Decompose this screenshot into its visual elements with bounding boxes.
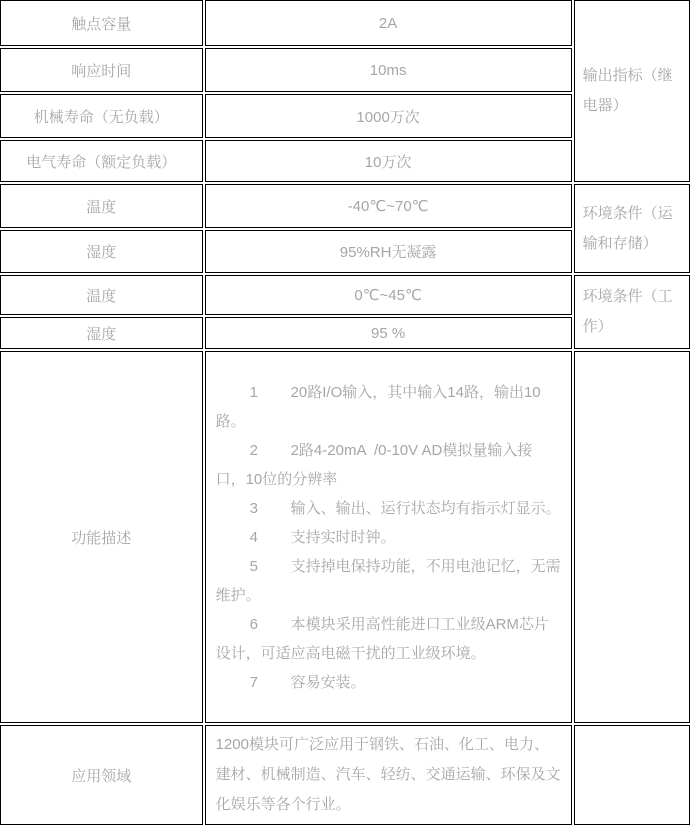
item-text: 支持实时时钟。 <box>291 529 396 546</box>
param-label: 温度 <box>0 184 203 228</box>
item-number: 1 <box>250 378 291 407</box>
param-label: 湿度 <box>0 317 203 349</box>
table-row: 功能描述 120路I/O输入，其中输入14路，输出10路。 22路4-20mA … <box>0 351 690 723</box>
param-value: 95 % <box>205 317 572 349</box>
spec-table: 触点容量 2A 输出指标（继电器） 响应时间 10ms 机械寿命（无负载） 10… <box>0 0 692 827</box>
table-row: 触点容量 2A 输出指标（继电器） <box>0 0 690 46</box>
item-number: 2 <box>250 436 291 465</box>
function-item: 4支持实时时钟。 <box>216 523 561 552</box>
empty-cell <box>574 725 690 825</box>
application-text: 1200模块可广泛应用于钢铁、石油、化工、电力、建材、机械制造、汽车、轻纺、交通… <box>205 725 572 825</box>
param-value: -40℃~70℃ <box>205 184 572 228</box>
function-desc-cell: 120路I/O输入，其中输入14路，输出10路。 22路4-20mA /0-10… <box>205 351 572 723</box>
param-label: 温度 <box>0 275 203 315</box>
param-value: 10万次 <box>205 140 572 182</box>
function-item: 5支持掉电保持功能，不用电池记忆，无需维护。 <box>216 552 561 610</box>
group-label-output: 输出指标（继电器） <box>574 0 690 182</box>
param-label: 机械寿命（无负载） <box>0 94 203 138</box>
item-number: 5 <box>250 552 291 581</box>
item-number: 7 <box>250 668 291 697</box>
group-label-env-working: 环境条件（工作） <box>574 275 690 349</box>
item-number: 6 <box>250 610 291 639</box>
function-item: 6本模块采用高性能进口工业级ARM芯片设计，可适应高电磁干扰的工业级环境。 <box>216 610 561 668</box>
table-row: 温度 0℃~45℃ 环境条件（工作） <box>0 275 690 315</box>
table-row: 应用领域 1200模块可广泛应用于钢铁、石油、化工、电力、建材、机械制造、汽车、… <box>0 725 690 825</box>
param-label: 触点容量 <box>0 0 203 46</box>
table-row: 温度 -40℃~70℃ 环境条件（运输和存储） <box>0 184 690 228</box>
function-item: 7容易安装。 <box>216 668 561 697</box>
item-number: 4 <box>250 523 291 552</box>
param-value: 95%RH无凝露 <box>205 230 572 273</box>
param-value: 10ms <box>205 48 572 92</box>
param-label: 电气寿命（额定负载） <box>0 140 203 182</box>
function-item: 120路I/O输入，其中输入14路，输出10路。 <box>216 378 561 436</box>
param-value: 2A <box>205 0 572 46</box>
param-label: 湿度 <box>0 230 203 273</box>
empty-cell <box>574 351 690 723</box>
function-item: 3输入、输出、运行状态均有指示灯显示。 <box>216 494 561 523</box>
param-label: 响应时间 <box>0 48 203 92</box>
function-item: 22路4-20mA /0-10V AD模拟量输入接口，10位的分辨率 <box>216 436 561 494</box>
application-label: 应用领域 <box>0 725 203 825</box>
param-value: 0℃~45℃ <box>205 275 572 315</box>
function-desc-label: 功能描述 <box>0 351 203 723</box>
group-label-env-storage: 环境条件（运输和存储） <box>574 184 690 273</box>
param-value: 1000万次 <box>205 94 572 138</box>
item-text: 容易安装。 <box>291 674 366 691</box>
item-number: 3 <box>250 494 291 523</box>
item-text: 输入、输出、运行状态均有指示灯显示。 <box>291 500 561 517</box>
